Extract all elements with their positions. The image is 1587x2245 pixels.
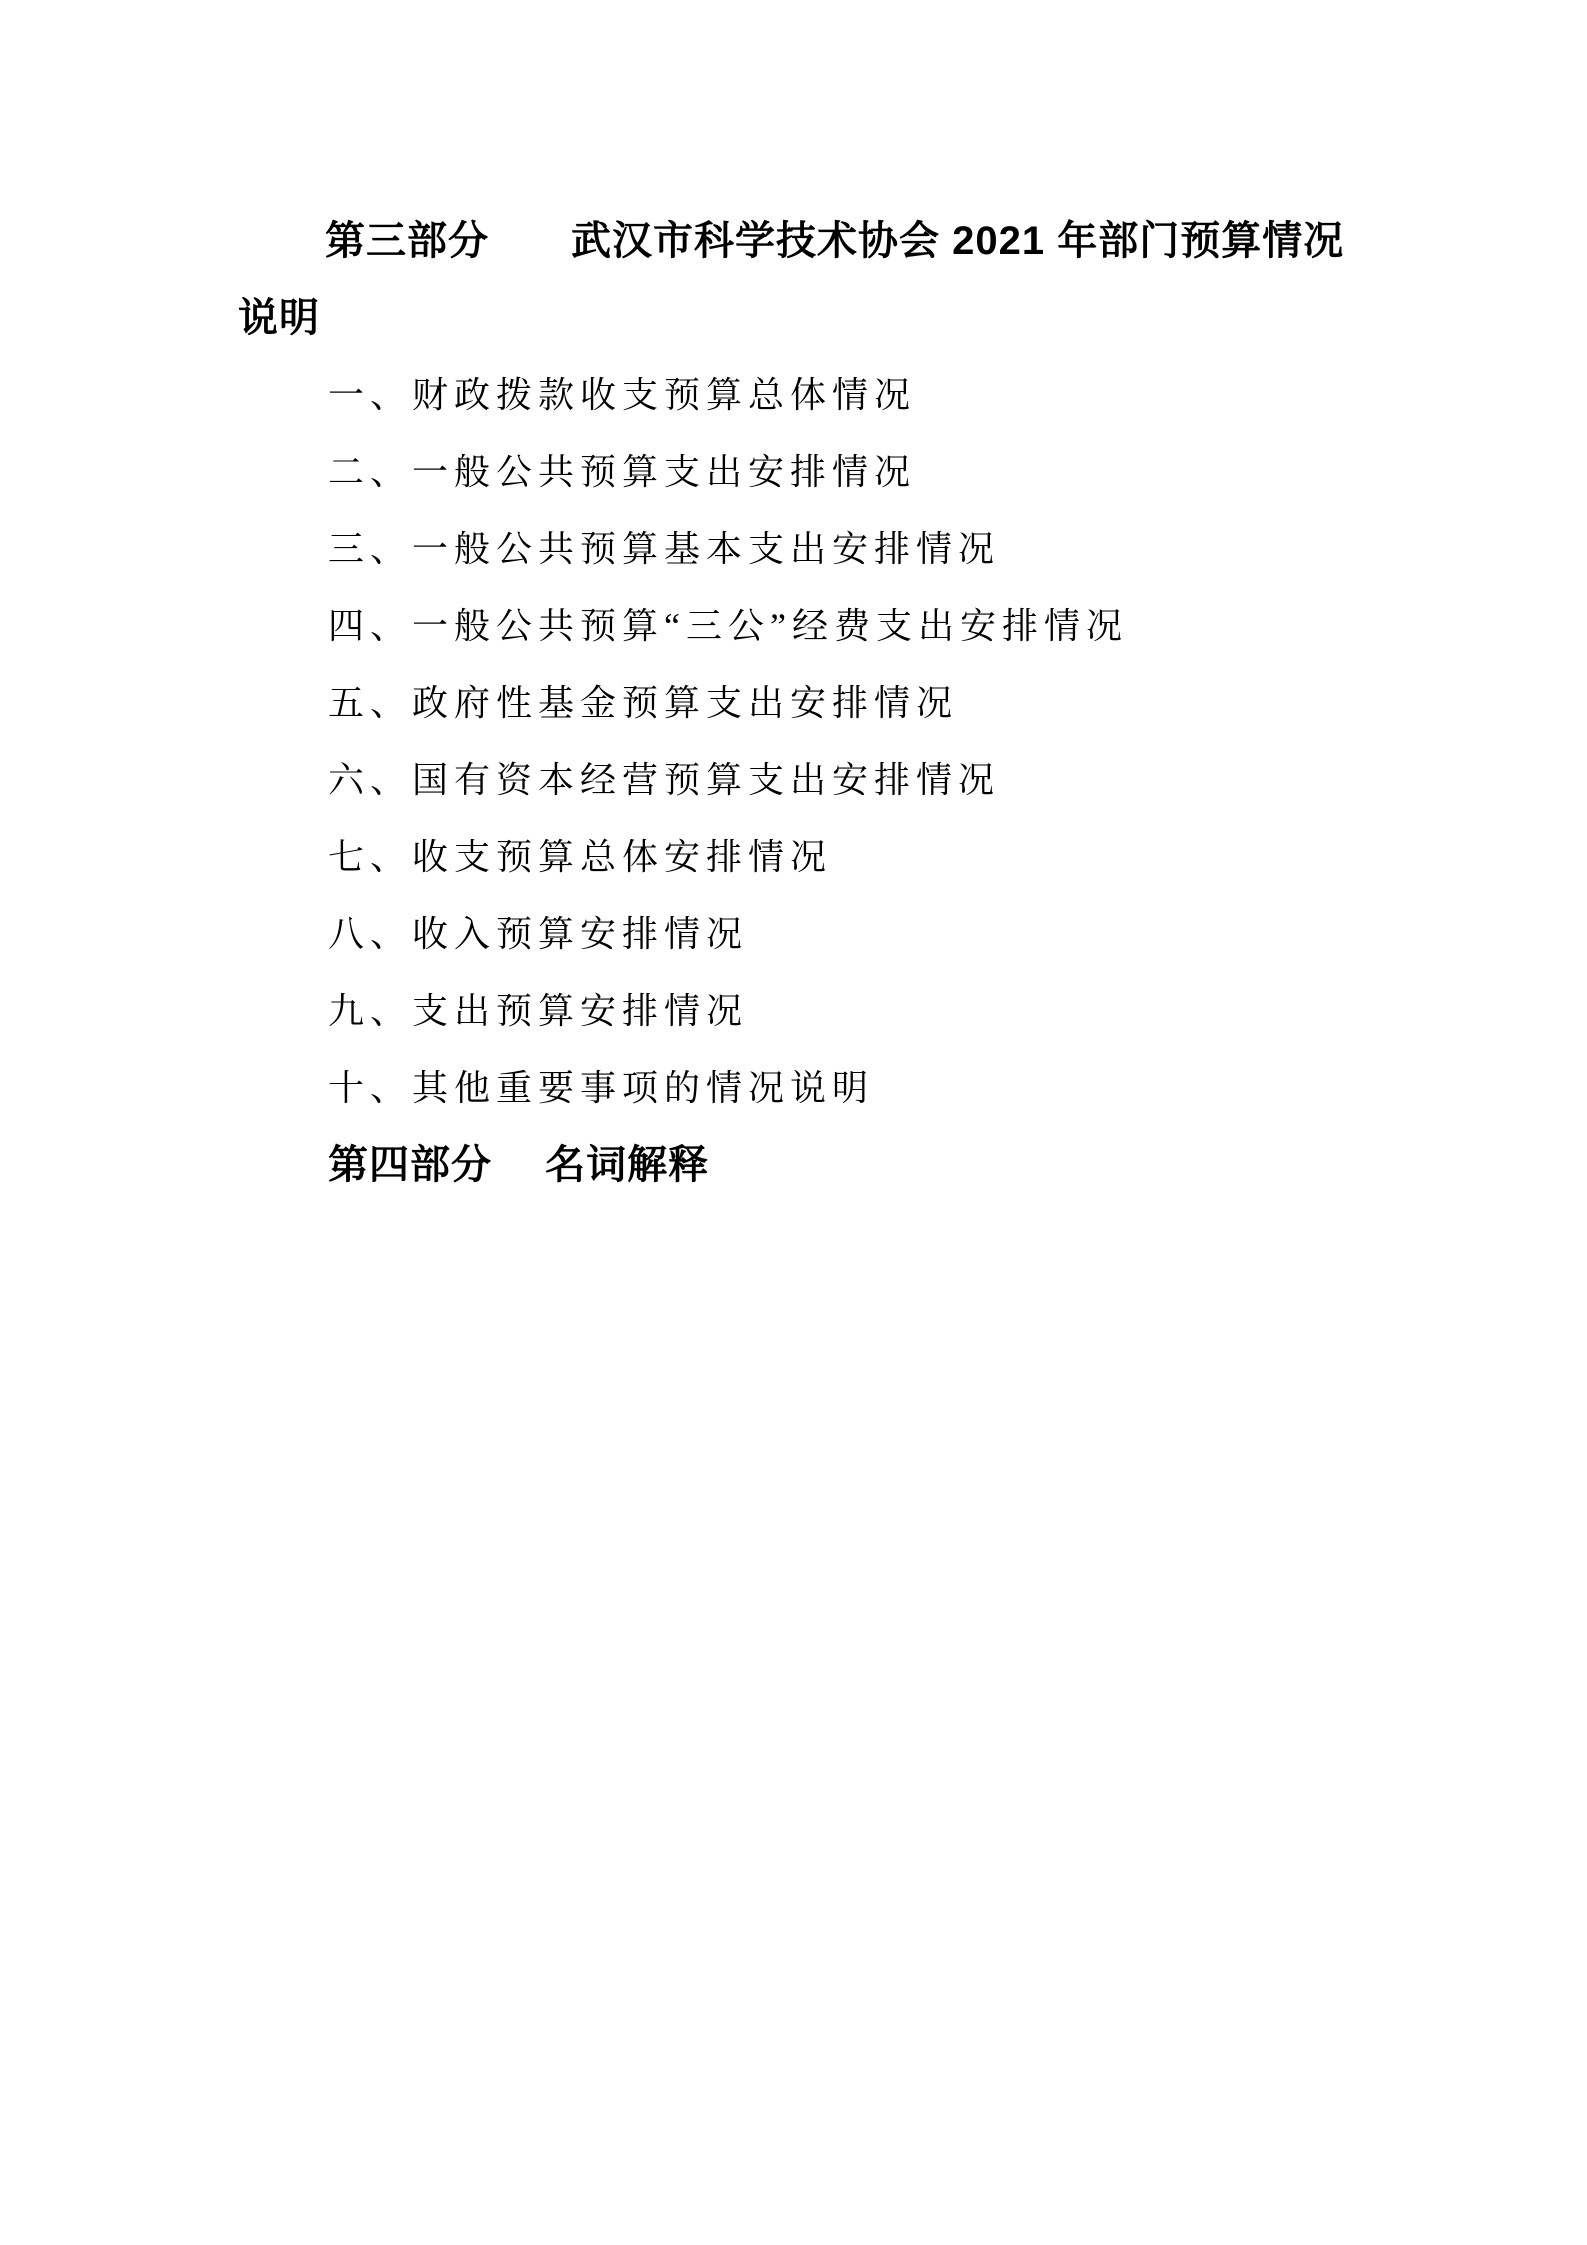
toc-item-4: 四、一般公共预算“三公”经费支出安排情况 (238, 588, 1353, 665)
section3-heading-line1: 第三部分 武汉市科学技术协会 2021 年部门预算情况 (238, 203, 1353, 280)
document-body: 第三部分 武汉市科学技术协会 2021 年部门预算情况 说明 一、财政拨款收支预… (238, 203, 1353, 1204)
toc-item-5: 五、政府性基金预算支出安排情况 (238, 665, 1353, 742)
section3-heading-line2: 说明 (238, 280, 1353, 357)
toc-item-7: 七、收支预算总体安排情况 (238, 819, 1353, 896)
section3-heading: 第三部分 武汉市科学技术协会 2021 年部门预算情况 说明 (238, 203, 1353, 357)
toc-item-3: 三、一般公共预算基本支出安排情况 (238, 511, 1353, 588)
toc-item-1: 一、财政拨款收支预算总体情况 (238, 357, 1353, 434)
toc-item-2: 二、一般公共预算支出安排情况 (238, 434, 1353, 511)
toc-list: 一、财政拨款收支预算总体情况 二、一般公共预算支出安排情况 三、一般公共预算基本… (238, 357, 1353, 1127)
toc-item-10: 十、其他重要事项的情况说明 (238, 1050, 1353, 1127)
toc-item-9: 九、支出预算安排情况 (238, 973, 1353, 1050)
document-page: 第三部分 武汉市科学技术协会 2021 年部门预算情况 说明 一、财政拨款收支预… (0, 0, 1587, 2245)
toc-item-6: 六、国有资本经营预算支出安排情况 (238, 742, 1353, 819)
toc-item-8: 八、收入预算安排情况 (238, 896, 1353, 973)
section4-heading: 第四部分 名词解释 (238, 1127, 1353, 1204)
